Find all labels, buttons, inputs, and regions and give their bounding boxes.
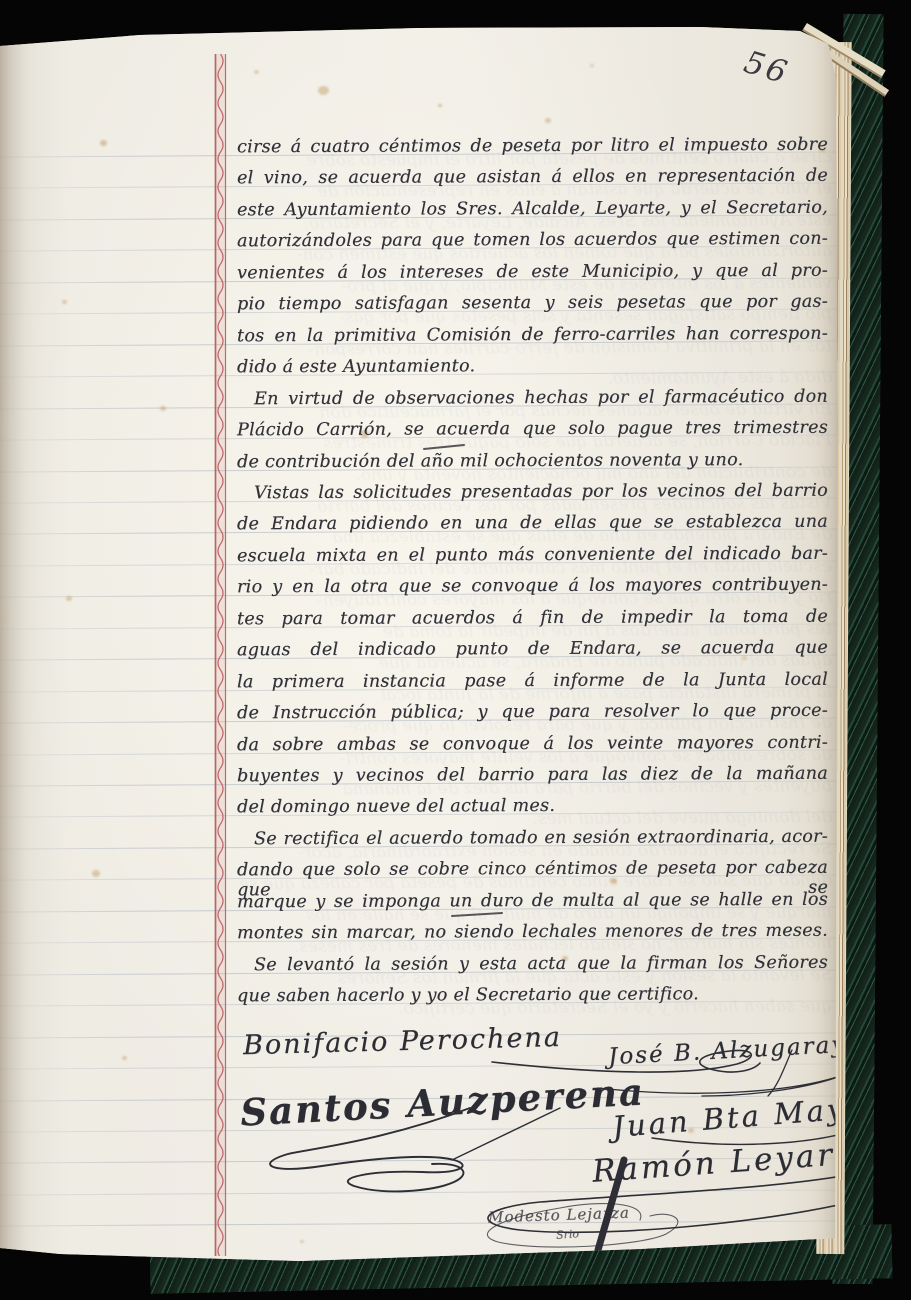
manuscript-line: cirse á cuatro céntimos de peseta por li… — [237, 135, 828, 162]
signature-secretary-title: Srio — [556, 1227, 580, 1242]
foxing-spot — [590, 64, 594, 67]
manuscript-line: Se levantó la sesión y esta acta que la … — [237, 952, 828, 979]
manuscript-line: la primera instancia pase á informe de l… — [237, 669, 828, 696]
manuscript-line: rio y en la otra que se convoque á los m… — [237, 575, 828, 602]
manuscript-line: Se rectifica el acuerdo tomado en sesión… — [237, 827, 828, 854]
foxing-spot — [254, 70, 259, 74]
foxing-spot — [300, 1240, 304, 1243]
manuscript-line: del domingo nueve del actual mes. — [237, 795, 828, 822]
manuscript-line: marque y se imponga un duro de multa al … — [237, 890, 828, 917]
foxing-spot — [438, 104, 442, 107]
foxing-spot — [545, 118, 551, 123]
foxing-spot — [318, 86, 329, 95]
ruled-line — [0, 1189, 845, 1195]
photo-background: cirse á cuatro céntimos de peseta por li… — [0, 0, 911, 1300]
manuscript-line: En virtud de observaciones hechas por el… — [237, 386, 828, 413]
signature-santos-auzperena: Santos Auzperena — [239, 1069, 646, 1134]
manuscript-line: este Ayuntamiento los Sres. Alcalde, Ley… — [237, 198, 828, 225]
red-margin-rule — [214, 54, 228, 1256]
manuscript-line: venientes á los intereses de este Munici… — [237, 261, 828, 288]
manuscript-line: da sobre ambas se convoque á los veinte … — [237, 732, 828, 759]
foxing-spot — [92, 870, 100, 877]
manuscript-line: dando que solo se cobre cinco céntimos d… — [237, 858, 828, 885]
manuscript-line: montes sin marcar, no siendo lechales me… — [237, 921, 828, 948]
signature-bonifacio-perochena: Bonifacio Perochena — [243, 1022, 563, 1061]
manuscript-line: pio tiempo satisfagan sesenta y seis pes… — [237, 292, 828, 319]
manuscript-line: escuela mixta en el punto más convenient… — [237, 544, 828, 571]
manuscript-line: de contribución del año mil ochocientos … — [237, 449, 828, 476]
manuscript-page: cirse á cuatro céntimos de peseta por li… — [0, 0, 845, 1300]
manuscript-line: Plácido Carrión, se acuerda que solo pag… — [237, 418, 828, 445]
foxing-spot — [100, 140, 107, 146]
foxing-spot — [122, 1056, 127, 1060]
manuscript-line: autorizándoles para que tomen los acuerd… — [237, 229, 828, 256]
manuscript-line: Vistas las solicitudes presentadas por l… — [237, 481, 828, 508]
manuscript-line: el vino, se acuerda que asistan á ellos … — [237, 166, 828, 193]
manuscript-line: que saben hacerlo y yo el Secretario que… — [237, 984, 828, 1011]
manuscript-line: buyentes y vecinos del barrio para las d… — [237, 764, 828, 791]
signature-juan-bta-mayo: Juan Bta Mayo — [611, 1090, 868, 1144]
manuscript-line: tes para tomar acuerdos á fin de impedir… — [237, 606, 828, 633]
manuscript-line: de Instrucción pública; y que para resol… — [237, 701, 828, 728]
ruled-line — [0, 1221, 845, 1227]
signature-modesto-lejarza: Modesto Lejarza — [488, 1204, 630, 1227]
manuscript-line: de Endara pidiendo en una de ellas que s… — [237, 512, 828, 539]
foxing-spot — [62, 300, 67, 304]
signature-ramon-leyarte: Ramón Leyarte — [591, 1134, 873, 1189]
manuscript-line: tos en la primitiva Comisión de ferro-ca… — [237, 323, 828, 350]
manuscript-line: aguas del indicado punto de Endara, se a… — [237, 638, 828, 665]
page-number: 56 — [740, 44, 794, 92]
manuscript-line: dido á este Ayuntamiento. — [237, 355, 828, 382]
